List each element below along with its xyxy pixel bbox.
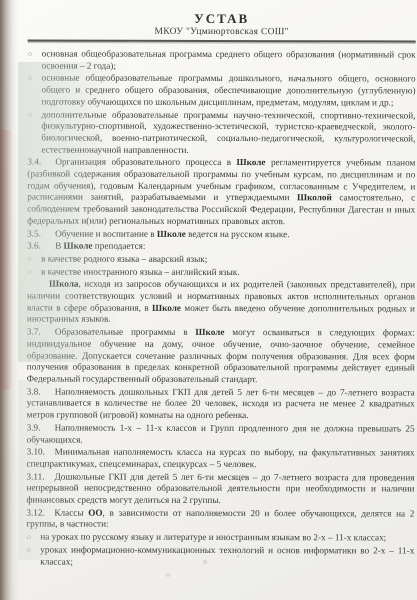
emphasized-text: Школе xyxy=(152,303,181,313)
body-text: Дошкольные ГКП для детей 5 лет 6-ти меся… xyxy=(26,471,414,505)
bullet-icon: ○ xyxy=(27,253,41,265)
item-number: 3.5. xyxy=(27,228,55,240)
bullet-icon: ○ xyxy=(28,48,42,60)
body-text: в качестве родного языка – аварский язык… xyxy=(41,253,207,263)
numbered-item: 3.8.Наполняемость дошкольных ГКП для дет… xyxy=(27,386,415,422)
text-paragraph: Школа, исходя из запросов обучающихся и … xyxy=(27,279,415,327)
item-number: 3.12. xyxy=(26,507,54,519)
body-text: Образовательные программы в xyxy=(55,327,196,337)
bullet-item: ○основные общеобразовательные программы … xyxy=(27,73,415,109)
bullet-icon: ○ xyxy=(27,109,41,121)
item-number: 3.10. xyxy=(27,447,55,459)
numbered-item: 3.6.В Школе преподается: xyxy=(27,241,415,254)
bullet-item: ○в качестве родного языка – аварский язы… xyxy=(27,253,415,266)
bullet-item: ○основная общеобразовательная программа … xyxy=(28,48,416,72)
body-text: в качестве иностранного языка – английск… xyxy=(41,266,240,277)
bullet-icon: ○ xyxy=(26,544,40,556)
emphasized-text: Школой xyxy=(297,193,332,203)
numbered-item: 3.10.Минимальная наполняемость класса на… xyxy=(27,447,415,471)
emphasized-text: Школе xyxy=(195,327,224,337)
body-text: ведется на русском языке. xyxy=(186,228,290,238)
body-text: основная общеобразовательная программа с… xyxy=(42,49,416,71)
numbered-item: 3.11.Дошкольные ГКП для детей 5 лет 6-ти… xyxy=(26,471,414,507)
bullet-icon: ○ xyxy=(27,266,41,278)
numbered-item: 3.9.Наполняемость 1-х – 11-х классов и Г… xyxy=(27,422,415,446)
body-text: основные общеобразовательные программы д… xyxy=(41,73,415,107)
body-text: уроках информационно-коммуникационных те… xyxy=(40,544,414,566)
item-number: 3.11. xyxy=(26,471,54,483)
item-number: 3.7. xyxy=(27,327,55,339)
header-divider xyxy=(28,39,416,42)
body-text: на уроках по русскому языку и литературе… xyxy=(40,532,386,543)
numbered-item: 3.4.Организация образовательного процесс… xyxy=(27,157,415,228)
emphasized-text: ОО xyxy=(88,507,102,517)
item-number: 3.6. xyxy=(27,241,55,253)
bullet-icon: ○ xyxy=(26,532,40,544)
item-number: 3.8. xyxy=(27,386,55,398)
emphasized-text: Школе xyxy=(157,228,186,238)
item-number: 3.4. xyxy=(27,157,55,169)
bullet-item: ○в качестве иностранного языка – английс… xyxy=(27,266,415,279)
item-number: 3.9. xyxy=(27,422,55,434)
emphasized-text: Школе xyxy=(237,157,266,167)
bullet-item: ○уроках информационно-коммуникационных т… xyxy=(26,544,414,568)
document-title: УСТАВ xyxy=(28,10,416,27)
document-subtitle: МКОУ "Уцмиюртовская СОШ" xyxy=(28,26,416,37)
bullet-item: ○дополнительные образовательные программ… xyxy=(27,109,415,157)
scanned-charter-page: УСТАВ МКОУ "Уцмиюртовская СОШ" ○основная… xyxy=(0,0,417,600)
body-text: преподается: xyxy=(93,241,146,251)
body-text: Классы xyxy=(54,507,88,517)
body-text: дополнительные образовательные программы… xyxy=(41,109,415,154)
bullet-icon: ○ xyxy=(28,73,42,85)
numbered-item: 3.7.Образовательные программы в Школе мо… xyxy=(27,327,415,387)
body-text: Минимальная наполняемость класса на курс… xyxy=(27,447,415,469)
numbered-item: 3.5.Обучение и воспитание в Школе ведетс… xyxy=(27,228,415,241)
body-text: Организация образовательного процесса в xyxy=(55,157,236,167)
bullet-item: ○на уроках по русскому языку и литератур… xyxy=(26,532,414,545)
page-binding-tint xyxy=(0,130,14,390)
emphasized-text: Школа xyxy=(49,279,79,289)
body-text: Наполняемость 1-х – 11-х классов и Групп… xyxy=(27,422,415,444)
numbered-item: 3.12.Классы ОО, в зависимости от наполня… xyxy=(26,507,414,531)
emphasized-text: Школе xyxy=(64,241,93,251)
document-body: ○основная общеобразовательная программа … xyxy=(26,48,415,568)
body-text: Наполняемость дошкольных ГКП для детей 5… xyxy=(27,386,415,420)
page-content: УСТАВ МКОУ "Уцмиюртовская СОШ" ○основная… xyxy=(26,10,415,569)
body-text: Обучение и воспитание в xyxy=(55,228,157,238)
